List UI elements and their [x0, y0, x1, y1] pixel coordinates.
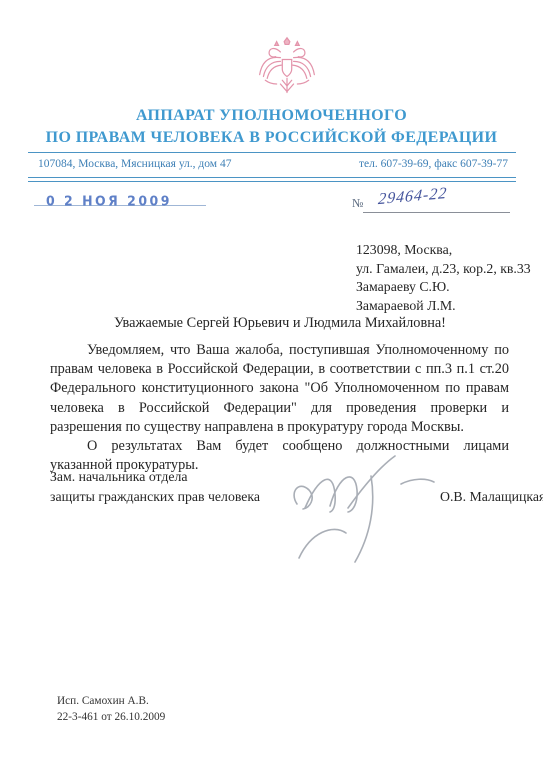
russian-coat-of-arms-icon: [254, 36, 320, 100]
recipient-block: 123098, Москва, ул. Гамалеи, д.23, кор.2…: [356, 241, 531, 315]
number-label: №: [352, 196, 363, 211]
recipient-postal-line: 123098, Москва,: [356, 241, 531, 260]
org-phone-fax: тел. 607-39-69, факс 607-39-77: [359, 158, 508, 170]
body-paragraph-1: Уведомляем, что Ваша жалоба, поступившая…: [50, 341, 509, 437]
signer-title-block: Зам. начальника отдела защиты граждански…: [50, 467, 260, 506]
incoming-date-stamp: 0 2 НОЯ 2009: [46, 192, 172, 208]
executor-reference: 22-3-461 от 26.10.2009: [57, 710, 165, 726]
number-underline: [363, 212, 510, 213]
letterhead-rule-top: [28, 152, 516, 153]
signer-title-line1: Зам. начальника отдела: [50, 467, 260, 487]
signer-name: О.В. Малащицкая: [440, 489, 543, 505]
executor-name: Исп. Самохин А.В.: [57, 694, 165, 710]
recipient-name-2: Замараевой Л.М.: [356, 297, 531, 316]
letterhead-rule-bottom: [28, 177, 516, 182]
signer-title-line2: защиты гражданских прав человека: [50, 487, 260, 507]
salutation: Уважаемые Сергей Юрьевич и Людмила Михай…: [50, 315, 510, 332]
org-address: 107084, Москва, Мясницкая ул., дом 47: [38, 158, 231, 170]
scanned-letter-page: АППАРАТ УПОЛНОМОЧЕННОГО ПО ПРАВАМ ЧЕЛОВЕ…: [0, 0, 543, 768]
org-name-line1: АППАРАТ УПОЛНОМОЧЕННОГО: [0, 107, 543, 125]
recipient-name-1: Замараеву С.Ю.: [356, 278, 531, 297]
handwritten-signature: [283, 447, 458, 569]
executor-block: Исп. Самохин А.В. 22-3-461 от 26.10.2009: [57, 694, 165, 725]
recipient-street-line: ул. Гамалеи, д.23, кор.2, кв.33: [356, 260, 531, 279]
handwritten-reference-number: 29464-22: [377, 185, 448, 209]
org-name-line2: ПО ПРАВАМ ЧЕЛОВЕКА В РОССИЙСКОЙ ФЕДЕРАЦИ…: [0, 129, 543, 147]
